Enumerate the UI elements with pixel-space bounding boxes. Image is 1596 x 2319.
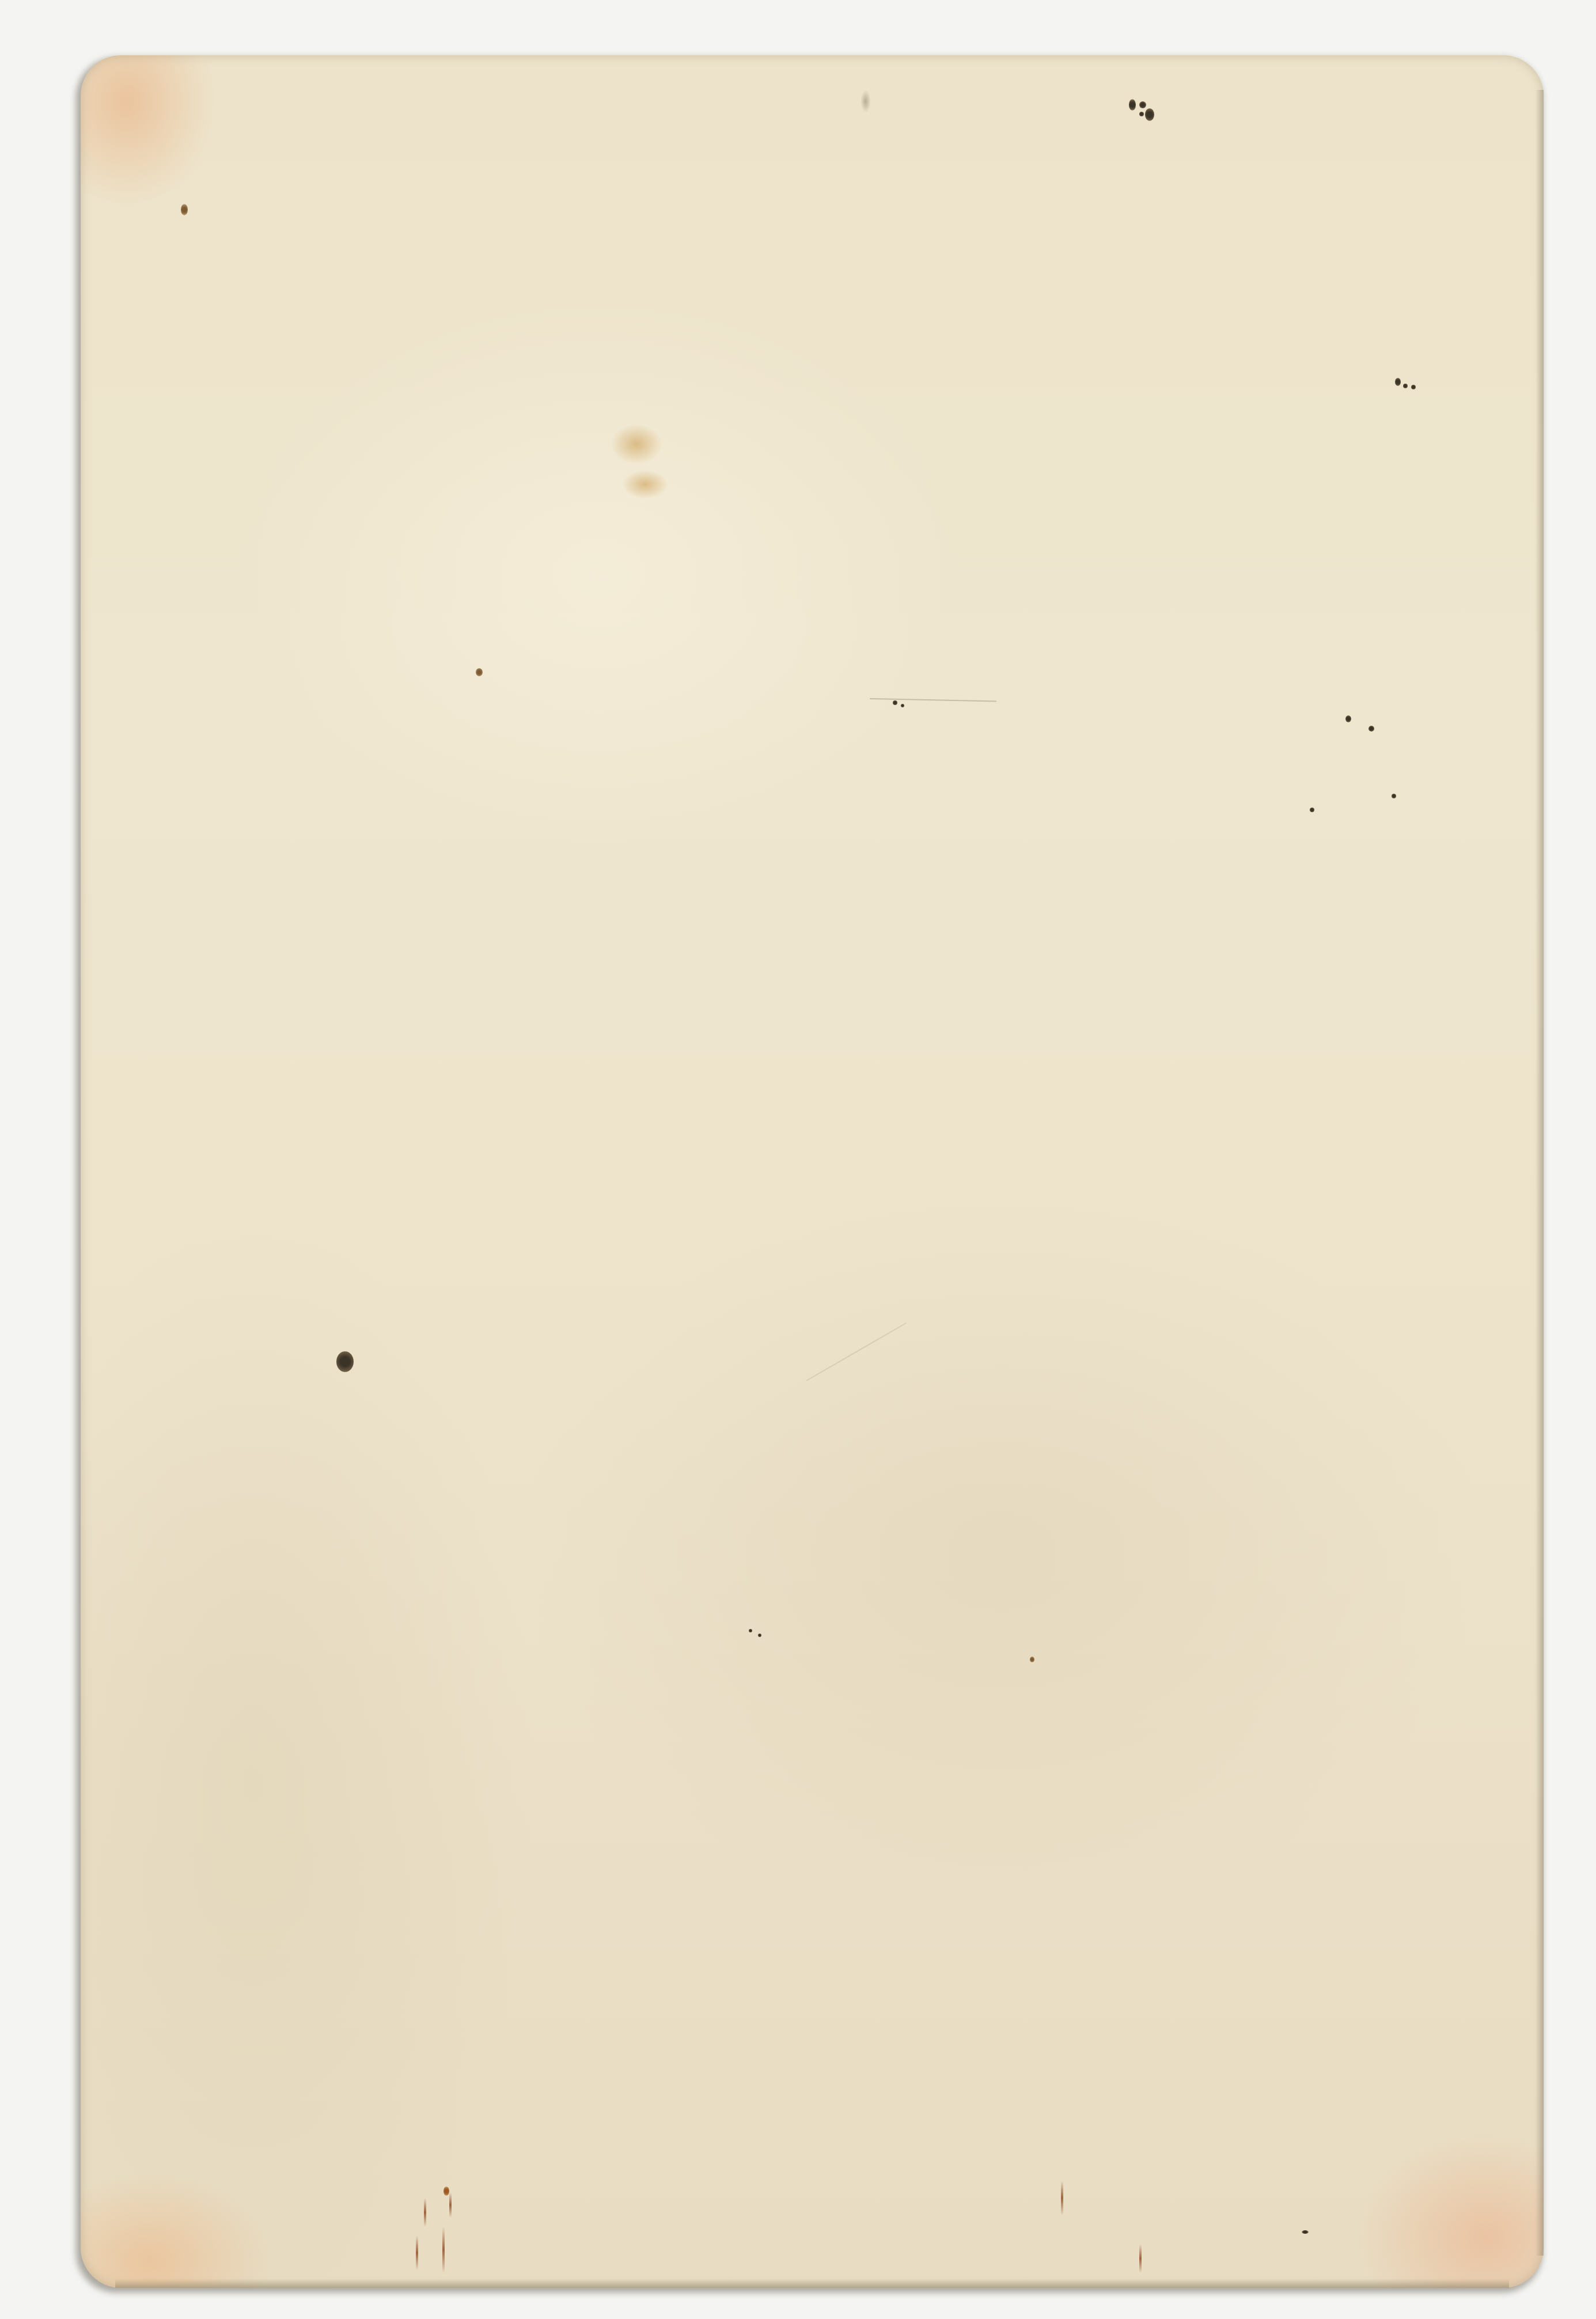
foxing-spot (1139, 112, 1144, 116)
rust-spot (443, 2187, 449, 2196)
stain (622, 470, 668, 499)
foxing-spot (1129, 99, 1136, 111)
foxing-spot (758, 1634, 761, 1637)
foxing-spot (1145, 108, 1154, 121)
scratch-line (806, 1323, 907, 1381)
foxing-spot (1403, 384, 1408, 388)
rust-streak (1061, 2181, 1063, 2215)
rust-streak (1139, 2244, 1142, 2273)
foxing-spot (1302, 2230, 1309, 2234)
rust-streak (442, 2227, 445, 2273)
foxing-spot (1030, 1657, 1034, 1662)
rust-streak (424, 2198, 426, 2227)
stain (611, 424, 662, 464)
foxing-spot (1392, 794, 1396, 798)
rust-streak (449, 2192, 452, 2218)
scratch-line (870, 698, 996, 702)
foxing-spot (901, 704, 904, 707)
foxing-spot (749, 1629, 752, 1632)
foxing-spot (476, 668, 483, 676)
foxing-spot (1411, 385, 1416, 389)
foxing-spot (1395, 378, 1401, 386)
dent-mark (860, 90, 871, 113)
foxing-spot (1345, 715, 1351, 722)
foxing-spot (1310, 808, 1314, 812)
card-back (81, 55, 1544, 2288)
rust-streak (416, 2235, 418, 2270)
foxing-spot (893, 700, 897, 705)
card-edge-bottom (115, 2279, 1509, 2288)
foxing-spot (336, 1351, 354, 1372)
foxing-spot (1368, 726, 1374, 732)
card-edge-right (1536, 90, 1544, 2256)
foxing-spot (181, 204, 188, 215)
foxing-spot (1139, 101, 1146, 108)
